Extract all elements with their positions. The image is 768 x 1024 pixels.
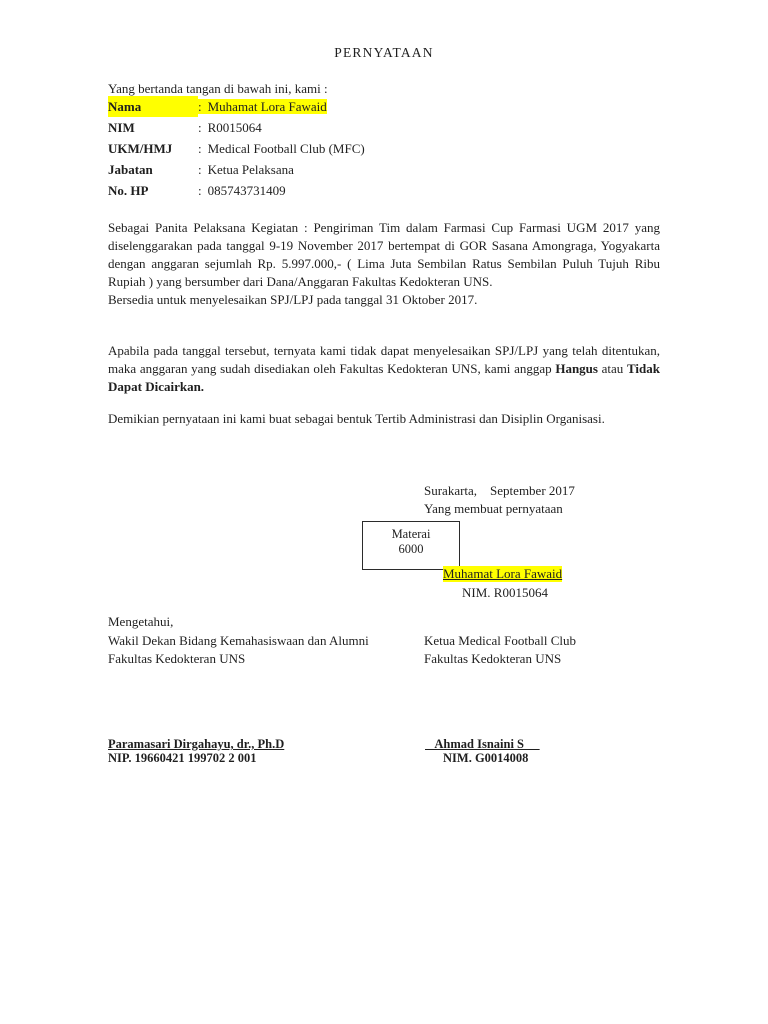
field-row-jabatan: Jabatan:Ketua Pelaksana <box>108 159 660 180</box>
paragraph-consequence: Apabila pada tanggal tersebut, ternyata … <box>108 342 660 396</box>
signer-nim: NIM. R0015064 <box>462 585 548 601</box>
field-row-nim: NIM:R0015064 <box>108 117 660 138</box>
intro-line: Yang bertanda tangan di bawah ini, kami … <box>108 81 328 97</box>
field-value: Medical Football Club (MFC) <box>202 141 365 156</box>
left-role-faculty: Fakultas Kedokteran UNS <box>108 651 245 667</box>
left-signatory-nip: NIP. 19660421 199702 2 001 <box>108 751 257 765</box>
statement-letter-page: PERNYATAAN Yang bertanda tangan di bawah… <box>0 0 768 1024</box>
field-value: R0015064 <box>202 120 262 135</box>
materai-value: 6000 <box>363 542 459 557</box>
paragraph-activity-text: Sebagai Panita Pelaksana Kegiatan : Peng… <box>108 219 660 291</box>
signature-subtitle: Yang membuat pernyataan <box>424 501 563 517</box>
field-row-nama: Nama:Muhamat Lora Fawaid <box>108 96 660 117</box>
field-label: UKM/HMJ <box>108 138 198 159</box>
right-role-faculty: Fakultas Kedokteran UNS <box>424 651 561 667</box>
materai-label: Materai <box>363 527 459 542</box>
right-role-title: Ketua Medical Football Club <box>424 633 576 649</box>
field-label: No. HP <box>108 180 198 201</box>
consequence-mid: atau <box>598 361 627 376</box>
field-label: NIM <box>108 117 198 138</box>
right-signatory-name: Ahmad Isnaini S <box>425 737 540 751</box>
right-signatory-nim: NIM. G0014008 <box>443 751 528 765</box>
field-label: Jabatan <box>108 159 198 180</box>
signer-name: Muhamat Lora Fawaid <box>443 566 562 582</box>
field-row-no-hp: No. HP:085743731409 <box>108 180 660 201</box>
left-signatory-name: Paramasari Dirgahayu, dr., Ph.D <box>108 737 284 751</box>
field-value: 085743731409 <box>202 183 286 198</box>
paragraph-deadline-text: Bersedia untuk menyelesaikan SPJ/LPJ pad… <box>108 291 660 309</box>
field-row-ukm-hmj: UKM/HMJ:Medical Football Club (MFC) <box>108 138 660 159</box>
paragraph-closing-statement: Demikian pernyataan ini kami buat sebaga… <box>108 410 660 428</box>
bold-hangus: Hangus <box>555 361 598 376</box>
place-date-line: Surakarta, September 2017 <box>424 483 575 499</box>
identity-fields: Nama:Muhamat Lora Fawaid NIM:R0015064 UK… <box>108 96 660 201</box>
paragraph-activity: Sebagai Panita Pelaksana Kegiatan : Peng… <box>108 219 660 309</box>
left-role-title: Wakil Dekan Bidang Kemahasiswaan dan Alu… <box>108 633 369 649</box>
field-value: Muhamat Lora Fawaid <box>202 99 327 114</box>
field-value: Ketua Pelaksana <box>202 162 294 177</box>
page-title: PERNYATAAN <box>0 45 768 61</box>
mengetahui-line: Mengetahui, <box>108 614 173 630</box>
field-label: Nama <box>108 96 198 117</box>
materai-stamp-box: Materai 6000 <box>362 521 460 570</box>
